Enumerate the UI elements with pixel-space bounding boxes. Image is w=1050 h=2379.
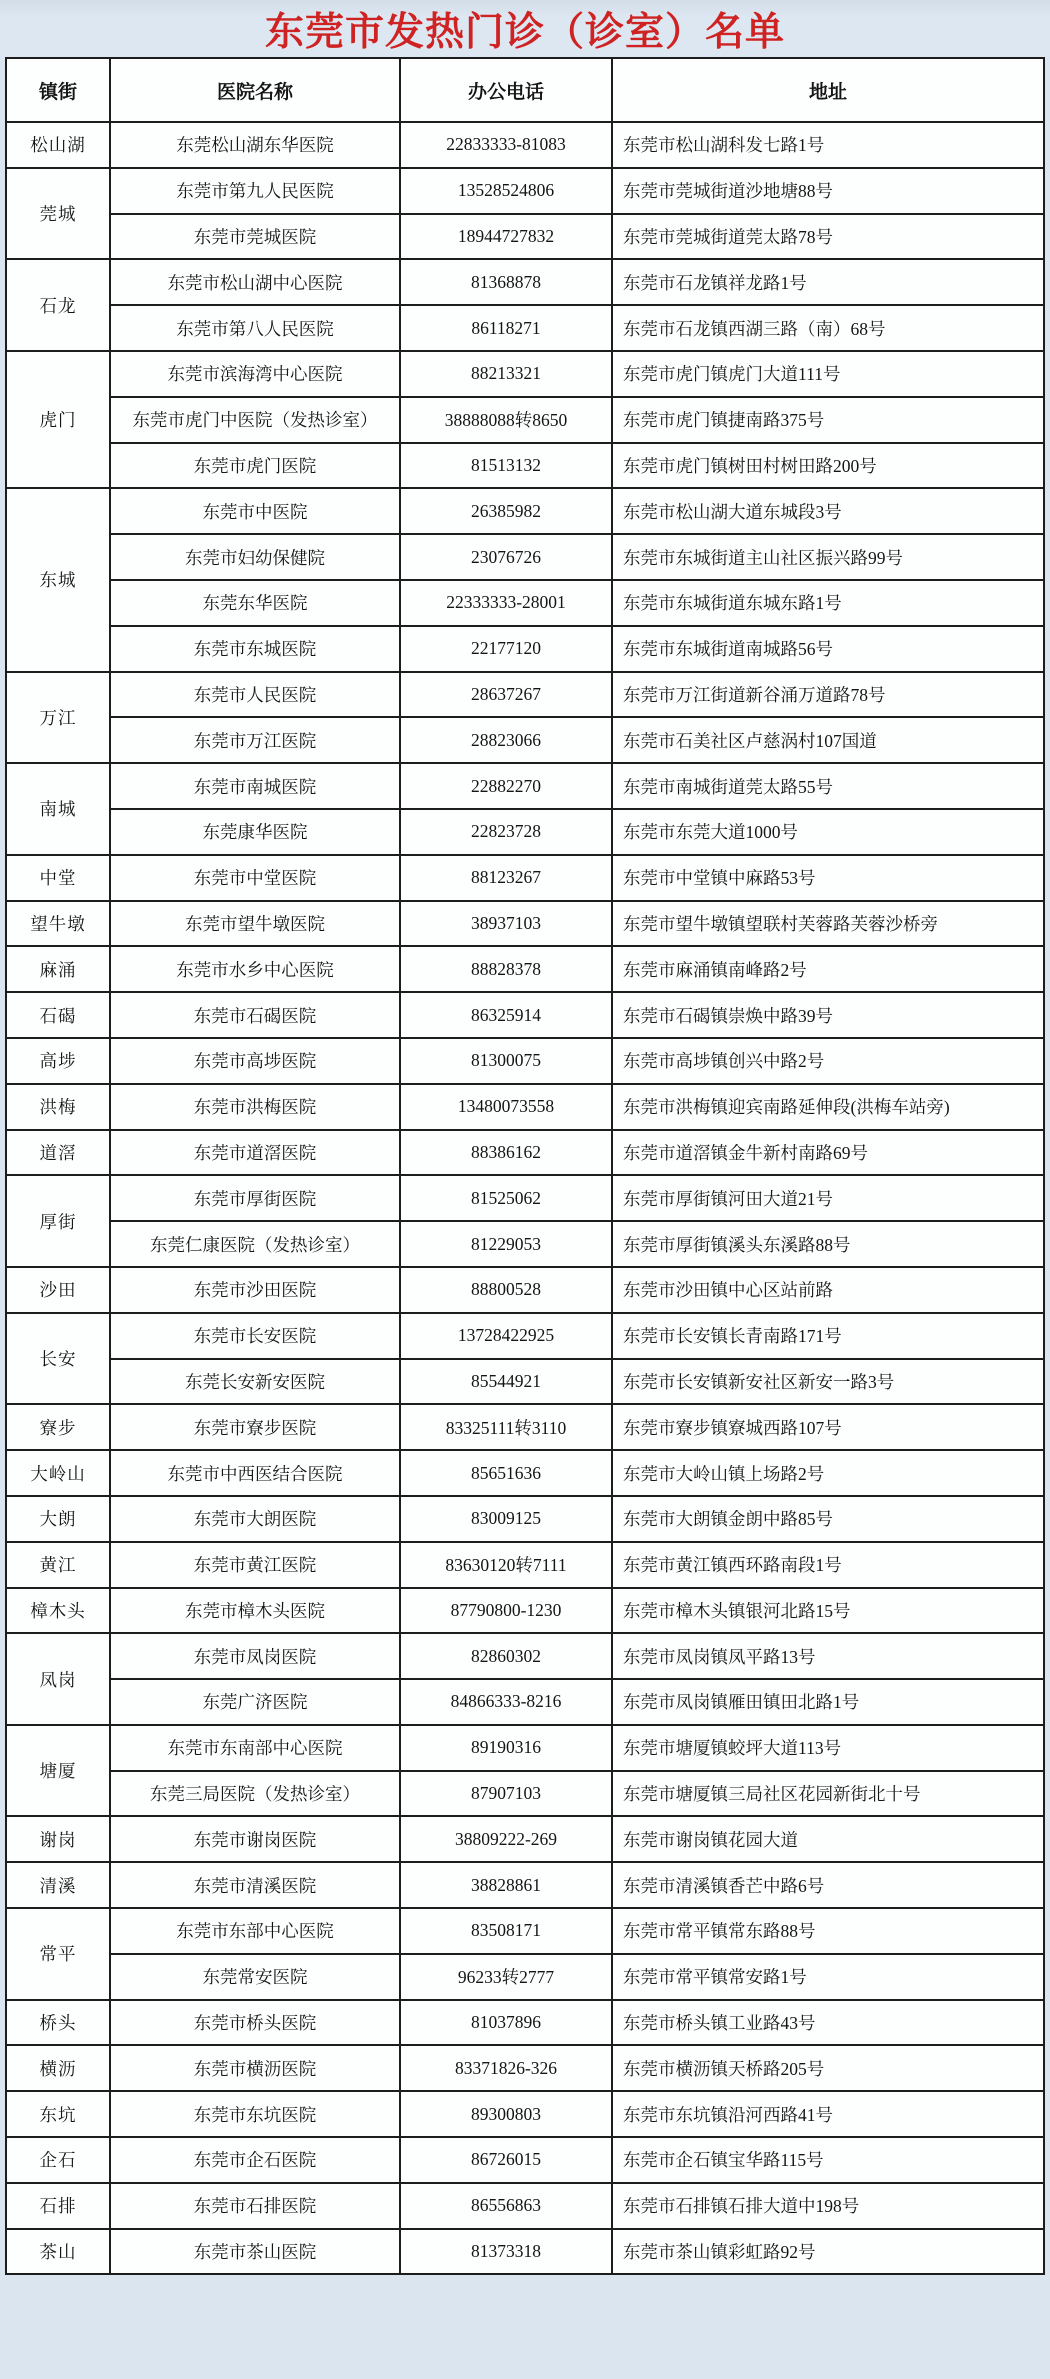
address-cell: 东莞市石龙镇西湖三路（南）68号 xyxy=(612,305,1044,351)
hospital-cell: 东莞市水乡中心医院 xyxy=(110,946,400,992)
address-cell: 东莞市石碣镇崇焕中路39号 xyxy=(612,992,1044,1038)
phone-cell: 88828378 xyxy=(400,946,612,992)
phone-cell: 81229053 xyxy=(400,1221,612,1267)
table-row: 东莞市万江医院28823066东莞市石美社区卢慈涡村107国道 xyxy=(6,717,1044,763)
address-cell: 东莞市东城街道东城东路1号 xyxy=(612,580,1044,626)
hospital-cell: 东莞市长安医院 xyxy=(110,1313,400,1359)
hospital-cell: 东莞市中医院 xyxy=(110,488,400,534)
header-town: 镇街 xyxy=(6,58,110,122)
town-cell: 黄江 xyxy=(6,1542,110,1588)
town-cell: 莞城 xyxy=(6,168,110,260)
address-cell: 东莞市东莞大道1000号 xyxy=(612,809,1044,855)
phone-cell: 81525062 xyxy=(400,1175,612,1221)
hospital-cell: 东莞市第八人民医院 xyxy=(110,305,400,351)
town-cell: 大岭山 xyxy=(6,1450,110,1496)
table-row: 桥头东莞市桥头医院81037896东莞市桥头镇工业路43号 xyxy=(6,2000,1044,2046)
hospital-cell: 东莞市虎门医院 xyxy=(110,443,400,489)
address-cell: 东莞市樟木头镇银河北路15号 xyxy=(612,1588,1044,1634)
hospital-cell: 东莞市滨海湾中心医院 xyxy=(110,351,400,397)
table-row: 东莞康华医院22823728东莞市东莞大道1000号 xyxy=(6,809,1044,855)
hospital-cell: 东莞市沙田医院 xyxy=(110,1267,400,1313)
hospital-cell: 东莞市洪梅医院 xyxy=(110,1084,400,1130)
phone-cell: 81513132 xyxy=(400,443,612,489)
address-cell: 东莞市莞城街道莞太路78号 xyxy=(612,214,1044,260)
hospital-cell: 东莞市东部中心医院 xyxy=(110,1908,400,1954)
table-row: 厚街东莞市厚街医院81525062东莞市厚街镇河田大道21号 xyxy=(6,1175,1044,1221)
address-cell: 东莞市厚街镇溪头东溪路88号 xyxy=(612,1221,1044,1267)
hospital-cell: 东莞市横沥医院 xyxy=(110,2045,400,2091)
phone-cell: 88800528 xyxy=(400,1267,612,1313)
phone-cell: 87907103 xyxy=(400,1771,612,1817)
phone-cell: 82860302 xyxy=(400,1633,612,1679)
table-row: 东城东莞市中医院26385982东莞市松山湖大道东城段3号 xyxy=(6,488,1044,534)
address-cell: 东莞市厚街镇河田大道21号 xyxy=(612,1175,1044,1221)
town-cell: 凤岗 xyxy=(6,1633,110,1725)
phone-cell: 38809222-269 xyxy=(400,1816,612,1862)
hospital-cell: 东莞市南城医院 xyxy=(110,763,400,809)
phone-cell: 38888088转8650 xyxy=(400,397,612,443)
phone-cell: 89300803 xyxy=(400,2091,612,2137)
hospital-cell: 东莞市望牛墩医院 xyxy=(110,901,400,947)
table-row: 塘厦东莞市东南部中心医院89190316东莞市塘厦镇蛟坪大道113号 xyxy=(6,1725,1044,1771)
town-cell: 石龙 xyxy=(6,259,110,351)
phone-cell: 13728422925 xyxy=(400,1313,612,1359)
table-row: 石碣东莞市石碣医院86325914东莞市石碣镇崇焕中路39号 xyxy=(6,992,1044,1038)
hospital-cell: 东莞广济医院 xyxy=(110,1679,400,1725)
phone-cell: 88386162 xyxy=(400,1130,612,1176)
table-row: 石排东莞市石排医院86556863东莞市石排镇石排大道中198号 xyxy=(6,2183,1044,2229)
address-cell: 东莞市东城街道南城路56号 xyxy=(612,626,1044,672)
table-row: 东莞东华医院22333333-28001东莞市东城街道东城东路1号 xyxy=(6,580,1044,626)
town-cell: 石排 xyxy=(6,2183,110,2229)
town-cell: 樟木头 xyxy=(6,1588,110,1634)
phone-cell: 87790800-1230 xyxy=(400,1588,612,1634)
hospital-cell: 东莞市寮步医院 xyxy=(110,1404,400,1450)
town-cell: 塘厦 xyxy=(6,1725,110,1817)
hospital-cell: 东莞市石碣医院 xyxy=(110,992,400,1038)
hospital-cell: 东莞市人民医院 xyxy=(110,672,400,718)
phone-cell: 38828861 xyxy=(400,1862,612,1908)
hospital-cell: 东莞市谢岗医院 xyxy=(110,1816,400,1862)
phone-cell: 86118271 xyxy=(400,305,612,351)
address-cell: 东莞市常平镇常东路88号 xyxy=(612,1908,1044,1954)
table-row: 企石东莞市企石医院86726015东莞市企石镇宝华路115号 xyxy=(6,2137,1044,2183)
title-band: 东莞市发热门诊（诊室）名单 xyxy=(0,0,1050,57)
table-row: 石龙东莞市松山湖中心医院81368878东莞市石龙镇祥龙路1号 xyxy=(6,259,1044,305)
phone-cell: 22333333-28001 xyxy=(400,580,612,626)
town-cell: 厚街 xyxy=(6,1175,110,1267)
table-row: 道滘东莞市道滘医院88386162东莞市道滘镇金牛新村南路69号 xyxy=(6,1130,1044,1176)
address-cell: 东莞市凤岗镇雁田镇田北路1号 xyxy=(612,1679,1044,1725)
header-address: 地址 xyxy=(612,58,1044,122)
address-cell: 东莞市企石镇宝华路115号 xyxy=(612,2137,1044,2183)
hospital-cell: 东莞市妇幼保健院 xyxy=(110,534,400,580)
table-row: 中堂东莞市中堂医院88123267东莞市中堂镇中麻路53号 xyxy=(6,855,1044,901)
table-row: 黄江东莞市黄江医院83630120转7111东莞市黄江镇西环路南段1号 xyxy=(6,1542,1044,1588)
table-row: 东坑东莞市东坑医院89300803东莞市东坑镇沿河西路41号 xyxy=(6,2091,1044,2137)
address-cell: 东莞市虎门镇虎门大道111号 xyxy=(612,351,1044,397)
phone-cell: 83009125 xyxy=(400,1496,612,1542)
phone-cell: 84866333-8216 xyxy=(400,1679,612,1725)
table-row: 望牛墩东莞市望牛墩医院38937103东莞市望牛墩镇望联村芙蓉路芙蓉沙桥旁 xyxy=(6,901,1044,947)
hospital-cell: 东莞市大朗医院 xyxy=(110,1496,400,1542)
phone-cell: 22823728 xyxy=(400,809,612,855)
hospital-cell: 东莞市厚街医院 xyxy=(110,1175,400,1221)
address-cell: 东莞市松山湖科发七路1号 xyxy=(612,122,1044,168)
hospital-cell: 东莞三局医院（发热诊室） xyxy=(110,1771,400,1817)
hospital-cell: 东莞市东南部中心医院 xyxy=(110,1725,400,1771)
address-cell: 东莞市望牛墩镇望联村芙蓉路芙蓉沙桥旁 xyxy=(612,901,1044,947)
hospital-cell: 东莞市茶山医院 xyxy=(110,2229,400,2275)
town-cell: 企石 xyxy=(6,2137,110,2183)
phone-cell: 81300075 xyxy=(400,1038,612,1084)
hospital-cell: 东莞市第九人民医院 xyxy=(110,168,400,214)
hospital-cell: 东莞松山湖东华医院 xyxy=(110,122,400,168)
phone-cell: 85544921 xyxy=(400,1359,612,1405)
address-cell: 东莞市塘厦镇蛟坪大道113号 xyxy=(612,1725,1044,1771)
table-body: 松山湖东莞松山湖东华医院22833333-81083东莞市松山湖科发七路1号莞城… xyxy=(6,122,1044,2274)
table-row: 长安东莞市长安医院13728422925东莞市长安镇长青南路171号 xyxy=(6,1313,1044,1359)
hospital-cell: 东莞市石排医院 xyxy=(110,2183,400,2229)
hospital-cell: 东莞市高埗医院 xyxy=(110,1038,400,1084)
phone-cell: 13480073558 xyxy=(400,1084,612,1130)
table-row: 松山湖东莞松山湖东华医院22833333-81083东莞市松山湖科发七路1号 xyxy=(6,122,1044,168)
address-cell: 东莞市高埗镇创兴中路2号 xyxy=(612,1038,1044,1084)
table-row: 麻涌东莞市水乡中心医院88828378东莞市麻涌镇南峰路2号 xyxy=(6,946,1044,992)
town-cell: 道滘 xyxy=(6,1130,110,1176)
town-cell: 横沥 xyxy=(6,2045,110,2091)
address-cell: 东莞市桥头镇工业路43号 xyxy=(612,2000,1044,2046)
phone-cell: 86325914 xyxy=(400,992,612,1038)
phone-cell: 96233转2777 xyxy=(400,1954,612,2000)
phone-cell: 88213321 xyxy=(400,351,612,397)
table-row: 莞城东莞市第九人民医院13528524806东莞市莞城街道沙地塘88号 xyxy=(6,168,1044,214)
phone-cell: 28823066 xyxy=(400,717,612,763)
address-cell: 东莞市茶山镇彩虹路92号 xyxy=(612,2229,1044,2275)
phone-cell: 86726015 xyxy=(400,2137,612,2183)
table-row: 茶山东莞市茶山医院81373318东莞市茶山镇彩虹路92号 xyxy=(6,2229,1044,2275)
town-cell: 常平 xyxy=(6,1908,110,2000)
town-cell: 望牛墩 xyxy=(6,901,110,947)
hospital-cell: 东莞市万江医院 xyxy=(110,717,400,763)
phone-cell: 81373318 xyxy=(400,2229,612,2275)
table-row: 万江东莞市人民医院28637267东莞市万江街道新谷涌万道路78号 xyxy=(6,672,1044,718)
hospital-cell: 东莞长安新安医院 xyxy=(110,1359,400,1405)
hospital-cell: 东莞市桥头医院 xyxy=(110,2000,400,2046)
hospital-cell: 东莞市中西医结合医院 xyxy=(110,1450,400,1496)
phone-cell: 83630120转7111 xyxy=(400,1542,612,1588)
header-phone: 办公电话 xyxy=(400,58,612,122)
hospital-cell: 东莞常安医院 xyxy=(110,1954,400,2000)
address-cell: 东莞市石排镇石排大道中198号 xyxy=(612,2183,1044,2229)
address-cell: 东莞市东坑镇沿河西路41号 xyxy=(612,2091,1044,2137)
page: { "title": "东莞市发热门诊（诊室）名单", "colors": { … xyxy=(0,0,1050,2379)
town-cell: 麻涌 xyxy=(6,946,110,992)
town-cell: 沙田 xyxy=(6,1267,110,1313)
phone-cell: 83371826-326 xyxy=(400,2045,612,2091)
phone-cell: 89190316 xyxy=(400,1725,612,1771)
phone-cell: 83325111转3110 xyxy=(400,1404,612,1450)
address-cell: 东莞市大岭山镇上场路2号 xyxy=(612,1450,1044,1496)
hospital-cell: 东莞市虎门中医院（发热诊室） xyxy=(110,397,400,443)
phone-cell: 22833333-81083 xyxy=(400,122,612,168)
town-cell: 长安 xyxy=(6,1313,110,1405)
table-header: 镇街 医院名称 办公电话 地址 xyxy=(6,58,1044,122)
address-cell: 东莞市虎门镇树田村树田路200号 xyxy=(612,443,1044,489)
table-row: 清溪东莞市清溪医院38828861东莞市清溪镇香芒中路6号 xyxy=(6,1862,1044,1908)
hospital-cell: 东莞市松山湖中心医院 xyxy=(110,259,400,305)
address-cell: 东莞市麻涌镇南峰路2号 xyxy=(612,946,1044,992)
address-cell: 东莞市长安镇长青南路171号 xyxy=(612,1313,1044,1359)
address-cell: 东莞市东城街道主山社区振兴路99号 xyxy=(612,534,1044,580)
address-cell: 东莞市塘厦镇三局社区花园新街北十号 xyxy=(612,1771,1044,1817)
table-row: 常平东莞市东部中心医院83508171东莞市常平镇常东路88号 xyxy=(6,1908,1044,1954)
phone-cell: 26385982 xyxy=(400,488,612,534)
table-row: 东莞市第八人民医院86118271东莞市石龙镇西湖三路（南）68号 xyxy=(6,305,1044,351)
address-cell: 东莞市大朗镇金朗中路85号 xyxy=(612,1496,1044,1542)
page-title: 东莞市发热门诊（诊室）名单 xyxy=(265,1,785,57)
town-cell: 东坑 xyxy=(6,2091,110,2137)
town-cell: 万江 xyxy=(6,672,110,764)
address-cell: 东莞市道滘镇金牛新村南路69号 xyxy=(612,1130,1044,1176)
town-cell: 茶山 xyxy=(6,2229,110,2275)
town-cell: 桥头 xyxy=(6,2000,110,2046)
address-cell: 东莞市常平镇常安路1号 xyxy=(612,1954,1044,2000)
address-cell: 东莞市凤岗镇凤平路13号 xyxy=(612,1633,1044,1679)
phone-cell: 23076726 xyxy=(400,534,612,580)
town-cell: 大朗 xyxy=(6,1496,110,1542)
address-cell: 东莞市万江街道新谷涌万道路78号 xyxy=(612,672,1044,718)
town-cell: 松山湖 xyxy=(6,122,110,168)
town-cell: 虎门 xyxy=(6,351,110,488)
phone-cell: 81037896 xyxy=(400,2000,612,2046)
table-row: 谢岗东莞市谢岗医院38809222-269东莞市谢岗镇花园大道 xyxy=(6,1816,1044,1862)
address-cell: 东莞市横沥镇天桥路205号 xyxy=(612,2045,1044,2091)
header-hospital: 医院名称 xyxy=(110,58,400,122)
address-cell: 东莞市虎门镇捷南路375号 xyxy=(612,397,1044,443)
town-cell: 石碣 xyxy=(6,992,110,1038)
address-cell: 东莞市清溪镇香芒中路6号 xyxy=(612,1862,1044,1908)
phone-cell: 28637267 xyxy=(400,672,612,718)
table-row: 东莞三局医院（发热诊室）87907103东莞市塘厦镇三局社区花园新街北十号 xyxy=(6,1771,1044,1817)
address-cell: 东莞市长安镇新安社区新安一路3号 xyxy=(612,1359,1044,1405)
phone-cell: 22177120 xyxy=(400,626,612,672)
table-row: 高埗东莞市高埗医院81300075东莞市高埗镇创兴中路2号 xyxy=(6,1038,1044,1084)
table-row: 南城东莞市南城医院22882270东莞市南城街道莞太路55号 xyxy=(6,763,1044,809)
table-row: 虎门东莞市滨海湾中心医院88213321东莞市虎门镇虎门大道111号 xyxy=(6,351,1044,397)
hospital-cell: 东莞市清溪医院 xyxy=(110,1862,400,1908)
address-cell: 东莞市南城街道莞太路55号 xyxy=(612,763,1044,809)
phone-cell: 83508171 xyxy=(400,1908,612,1954)
town-cell: 高埗 xyxy=(6,1038,110,1084)
phone-cell: 88123267 xyxy=(400,855,612,901)
hospital-cell: 东莞市樟木头医院 xyxy=(110,1588,400,1634)
table-row: 东莞市虎门中医院（发热诊室）38888088转8650东莞市虎门镇捷南路375号 xyxy=(6,397,1044,443)
table-row: 东莞市虎门医院81513132东莞市虎门镇树田村树田路200号 xyxy=(6,443,1044,489)
town-cell: 南城 xyxy=(6,763,110,855)
hospital-cell: 东莞康华医院 xyxy=(110,809,400,855)
town-cell: 清溪 xyxy=(6,1862,110,1908)
hospital-cell: 东莞市企石医院 xyxy=(110,2137,400,2183)
header-row: 镇街 医院名称 办公电话 地址 xyxy=(6,58,1044,122)
address-cell: 东莞市黄江镇西环路南段1号 xyxy=(612,1542,1044,1588)
table-row: 洪梅东莞市洪梅医院13480073558东莞市洪梅镇迎宾南路延伸段(洪梅车站旁) xyxy=(6,1084,1044,1130)
town-cell: 寮步 xyxy=(6,1404,110,1450)
phone-cell: 38937103 xyxy=(400,901,612,947)
phone-cell: 22882270 xyxy=(400,763,612,809)
address-cell: 东莞市洪梅镇迎宾南路延伸段(洪梅车站旁) xyxy=(612,1084,1044,1130)
hospital-cell: 东莞市凤岗医院 xyxy=(110,1633,400,1679)
table-row: 横沥东莞市横沥医院83371826-326东莞市横沥镇天桥路205号 xyxy=(6,2045,1044,2091)
phone-cell: 18944727832 xyxy=(400,214,612,260)
hospital-cell: 东莞市东坑医院 xyxy=(110,2091,400,2137)
hospital-cell: 东莞市东城医院 xyxy=(110,626,400,672)
table-row: 东莞市东城医院22177120东莞市东城街道南城路56号 xyxy=(6,626,1044,672)
table-row: 大岭山东莞市中西医结合医院85651636东莞市大岭山镇上场路2号 xyxy=(6,1450,1044,1496)
table-row: 东莞市莞城医院18944727832东莞市莞城街道莞太路78号 xyxy=(6,214,1044,260)
table-row: 凤岗东莞市凤岗医院82860302东莞市凤岗镇凤平路13号 xyxy=(6,1633,1044,1679)
table-row: 樟木头东莞市樟木头医院87790800-1230东莞市樟木头镇银河北路15号 xyxy=(6,1588,1044,1634)
table-row: 沙田东莞市沙田医院88800528东莞市沙田镇中心区站前路 xyxy=(6,1267,1044,1313)
phone-cell: 86556863 xyxy=(400,2183,612,2229)
town-cell: 东城 xyxy=(6,488,110,671)
hospital-cell: 东莞市道滘医院 xyxy=(110,1130,400,1176)
phone-cell: 81368878 xyxy=(400,259,612,305)
address-cell: 东莞市沙田镇中心区站前路 xyxy=(612,1267,1044,1313)
address-cell: 东莞市石美社区卢慈涡村107国道 xyxy=(612,717,1044,763)
address-cell: 东莞市谢岗镇花园大道 xyxy=(612,1816,1044,1862)
fever-clinic-table: 镇街 医院名称 办公电话 地址 松山湖东莞松山湖东华医院22833333-810… xyxy=(5,57,1045,2275)
phone-cell: 85651636 xyxy=(400,1450,612,1496)
table-row: 东莞仁康医院（发热诊室）81229053东莞市厚街镇溪头东溪路88号 xyxy=(6,1221,1044,1267)
table-row: 东莞广济医院84866333-8216东莞市凤岗镇雁田镇田北路1号 xyxy=(6,1679,1044,1725)
table-row: 东莞市妇幼保健院23076726东莞市东城街道主山社区振兴路99号 xyxy=(6,534,1044,580)
hospital-cell: 东莞东华医院 xyxy=(110,580,400,626)
address-cell: 东莞市莞城街道沙地塘88号 xyxy=(612,168,1044,214)
hospital-cell: 东莞市莞城医院 xyxy=(110,214,400,260)
hospital-cell: 东莞市中堂医院 xyxy=(110,855,400,901)
table-row: 大朗东莞市大朗医院83009125东莞市大朗镇金朗中路85号 xyxy=(6,1496,1044,1542)
town-cell: 洪梅 xyxy=(6,1084,110,1130)
table-row: 东莞长安新安医院85544921东莞市长安镇新安社区新安一路3号 xyxy=(6,1359,1044,1405)
town-cell: 中堂 xyxy=(6,855,110,901)
address-cell: 东莞市寮步镇寮城西路107号 xyxy=(612,1404,1044,1450)
hospital-cell: 东莞市黄江医院 xyxy=(110,1542,400,1588)
address-cell: 东莞市中堂镇中麻路53号 xyxy=(612,855,1044,901)
address-cell: 东莞市石龙镇祥龙路1号 xyxy=(612,259,1044,305)
town-cell: 谢岗 xyxy=(6,1816,110,1862)
phone-cell: 13528524806 xyxy=(400,168,612,214)
address-cell: 东莞市松山湖大道东城段3号 xyxy=(612,488,1044,534)
table-row: 东莞常安医院96233转2777东莞市常平镇常安路1号 xyxy=(6,1954,1044,2000)
table-row: 寮步东莞市寮步医院83325111转3110东莞市寮步镇寮城西路107号 xyxy=(6,1404,1044,1450)
hospital-cell: 东莞仁康医院（发热诊室） xyxy=(110,1221,400,1267)
